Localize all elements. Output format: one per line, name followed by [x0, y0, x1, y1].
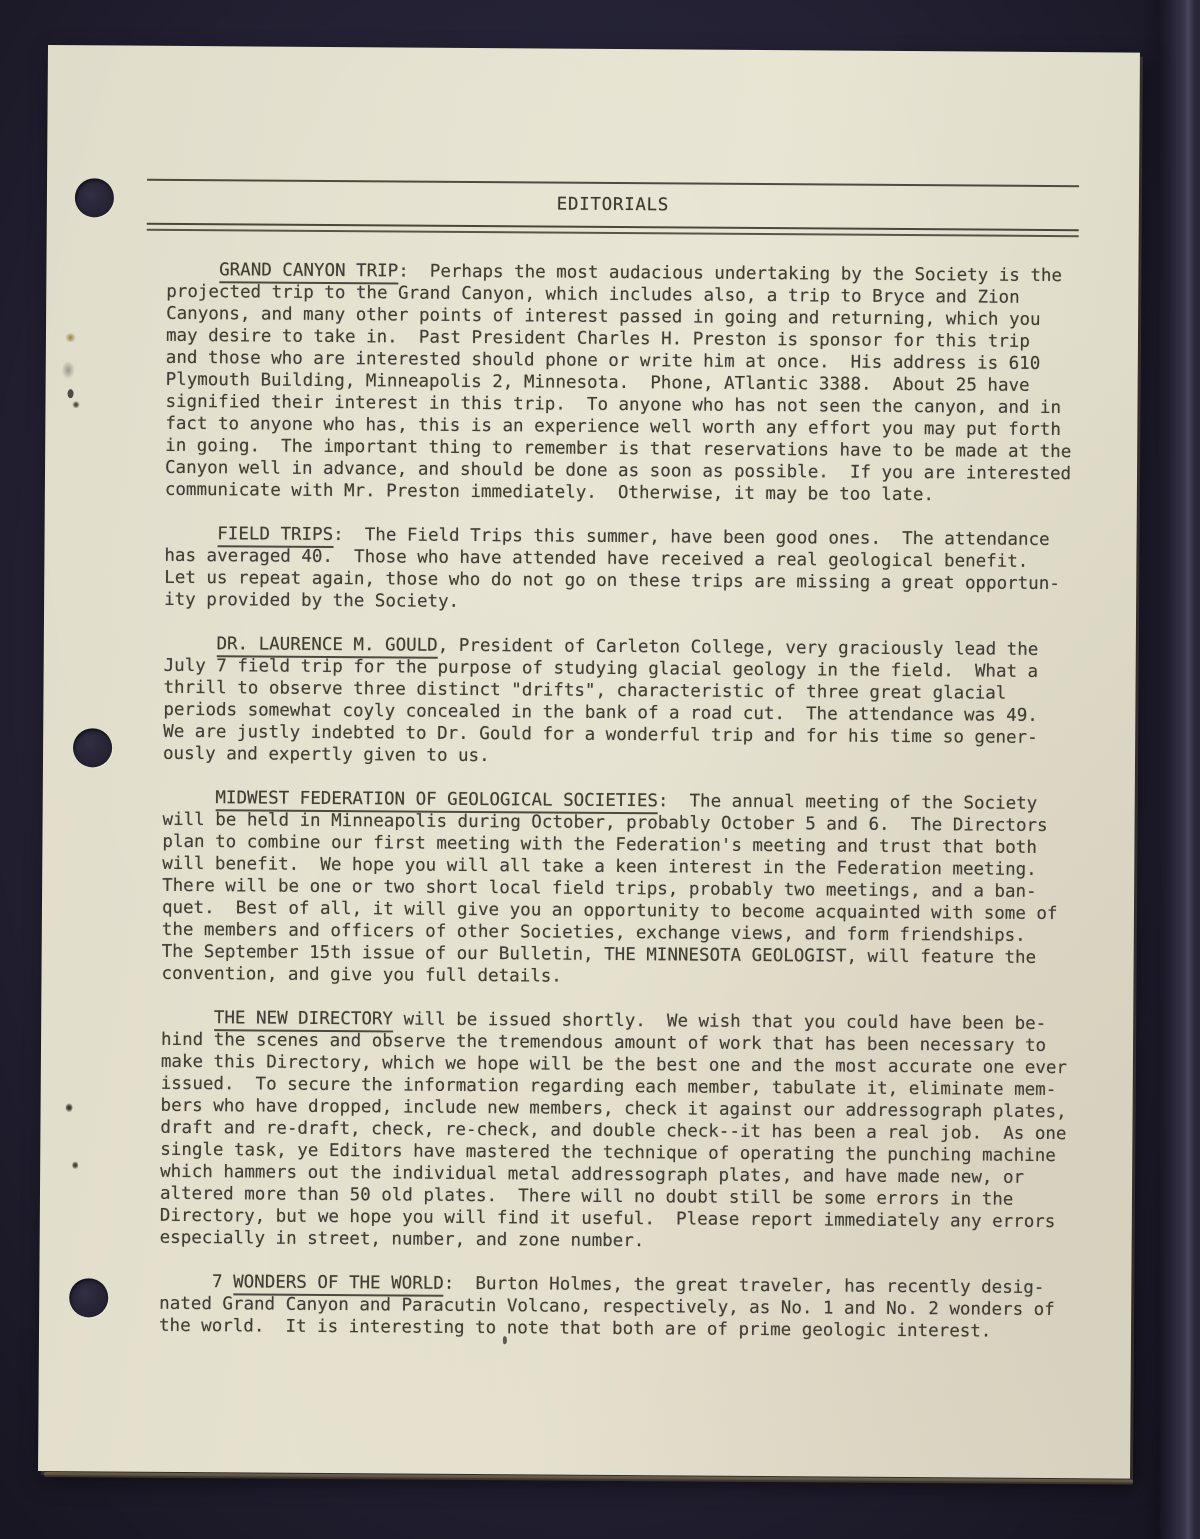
paragraph-indent — [166, 260, 219, 280]
editorial-the-new-directory: THE NEW DIRECTORY will be issued shortly… — [160, 1007, 1110, 1256]
paragraph-body: : Perhaps the most audacious undertaking… — [165, 261, 1072, 505]
paper-stain — [62, 361, 75, 379]
paper-stain — [65, 333, 76, 342]
paper-speck — [66, 1103, 73, 1112]
paragraph-heading: THE NEW DIRECTORY — [214, 1008, 393, 1032]
hole-punch-bottom — [69, 1278, 108, 1317]
paragraph-prefix: 7 — [212, 1272, 233, 1292]
paragraph-indent — [159, 1272, 212, 1292]
paper-speck — [72, 1161, 78, 1169]
hole-punch-middle — [73, 728, 112, 767]
paragraph-heading: GRAND CANYON TRIP — [219, 260, 398, 284]
paragraph-heading: WONDERS OF THE WORLD — [233, 1272, 444, 1296]
page-title: EDITORIALS — [147, 181, 1079, 230]
paragraph-indent — [163, 788, 216, 808]
paragraph-body: will be issued shortly. We wish that you… — [160, 1009, 1067, 1251]
editorial-dr-laurence-m-gould: DR. LAURENCE M. GOULD, President of Carl… — [163, 633, 1112, 772]
paragraph-body: : The annual meeting of the Society will… — [161, 791, 1057, 986]
masthead: EDITORIALS — [147, 179, 1079, 238]
hole-punch-top — [75, 178, 114, 217]
paragraph-heading: FIELD TRIPS — [217, 524, 333, 548]
editorial-midwest-federation: MIDWEST FEDERATION OF GEOLOGICAL SOCIETI… — [161, 787, 1110, 992]
editorial-field-trips: FIELD TRIPS: The Field Trips this summer… — [164, 523, 1113, 618]
editorial-grand-canyon-trip: GRAND CANYON TRIP: Perhaps the most auda… — [165, 259, 1115, 508]
editorial-content: GRAND CANYON TRIP: Perhaps the most auda… — [159, 259, 1115, 1366]
paragraph-indent — [164, 634, 217, 654]
paragraph-heading: DR. LAURENCE M. GOULD — [216, 634, 437, 659]
paper-speck — [72, 401, 79, 408]
editorial-seven-wonders: 7 WONDERS OF THE WORLD: Burton Holmes, t… — [159, 1271, 1107, 1344]
paragraph-body: , President of Carleton College, very gr… — [163, 636, 1038, 766]
document-page: EDITORIALS GRAND CANYON TRIP: Perhaps th… — [38, 45, 1140, 1479]
scanner-bed-background: { "document": { "title": "EDITORIALS" },… — [0, 0, 1200, 1539]
paragraph-indent — [165, 524, 218, 544]
paragraph-indent — [161, 1008, 214, 1028]
binder-spine-edge — [1142, 0, 1200, 1539]
paper-speck — [68, 389, 74, 398]
